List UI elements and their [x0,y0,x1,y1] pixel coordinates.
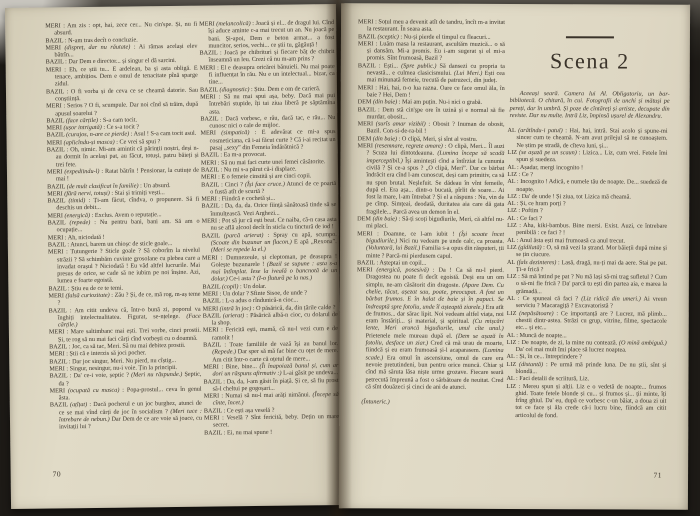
dialogue-line: MERI : Luăm masa la restaurant, ascultăm… [358,40,505,63]
dialogue-line: AL (fals dezinteres) : Lasă, dragă, nu-ț… [507,258,667,273]
dialogue-line: BAZIL : Ei, nu mai spune ! [204,428,339,437]
right-page: MERI : Soțul meu a devenit atît de tandr… [339,3,690,510]
left-page: MERI : Am zis : opt, hai, zece cer... Nu… [5,4,342,509]
dialogue-line: AL : Incognito ! Adică, e numele tău de … [507,178,667,193]
dialogue-line: MERI : Eh, ce știi tu... E ardelean, ba … [46,64,198,88]
dialogue-line: MERI (surîs amar vizibil) : Obosit ? Inu… [358,120,505,135]
dialogue-line: BAZIL : Cinci ? (Își face cruce.) Atunci… [201,180,336,196]
dialogue-line: BAZIL : Da, da, da. Orice ființă sănătoa… [201,201,336,217]
dialogue-line: BAZIL (arierat) : Păsărică albă-n cioc, … [203,311,338,327]
dialogue-line: MERI : Pot să jur că ești beat. Ce naiba… [202,216,337,232]
dialogue-line: MERI (energică, posesivă) : Da ! Ca să n… [356,266,504,391]
dialogue-line: MERI : Dumnezeule, și cleptoman, pe deas… [202,253,337,284]
scene-section: Scena 2 Aceeași seară. Camera lui Al. Ob… [506,28,672,440]
dialogue-line: BAZIL : Am citit undeva că, într-o bună … [49,305,201,329]
dialogue-line: MERI : Bine, bine... (Îi înapoiază banul… [203,362,338,378]
dialogue-line: MERI : Soțul meu a devenit atît de tandr… [358,18,505,33]
dialogue-line: MERI : Numai să nu-l mai arăți nimănui. … [204,391,339,407]
dialogue-line: LIZ : Aha, kiki-bambus. Bine mersi. Exis… [507,222,667,237]
dialogue-line: BAZIL : Toate familiile de vază își au b… [203,340,338,364]
dialogue-line: AL : Ce spuneai că faci ? (Liz ridică di… [507,295,667,310]
dialogue-line: BAZIL (parcă arierat) : Spray cu apă, sc… [202,231,337,255]
dialogue-line: LIZ (se așază pe un scaun) : Lizica... L… [507,149,667,164]
left-page-column-2: MERI (melancolică) : Joacă și el... de d… [199,19,339,467]
dialogue-line: MERI : Fericită ești, mamă, că nu-l vezi… [203,325,338,341]
page-number-right: 71 [654,471,663,480]
dialogue-line: LIZ (gîdilată) : O, să mă vezi la ștrand… [507,244,667,259]
page-number-left: 70 [53,469,62,478]
dialogue-line: LIZ : Să mă întind pe pat ? Nu mă lași s… [507,273,667,296]
dialogue-line: MERI : El e deasupra oricărei bănuieli. … [200,63,335,87]
dialogue-line: LIZ (nepăsătoare) : Ce importanță are ? … [507,310,667,333]
dialogue-line: BAZIL (ațîțat) : Dacă pocherul e un joc … [50,400,202,431]
dialogue-line: LIZ : Mereu spun și alții. Liz e o vedet… [506,383,666,420]
dialogue-line: MERI (melancolică) : Joacă și el... de d… [199,19,334,50]
dialogue-line: LIZ : De noapte, de zi, la mine nu conte… [507,339,667,354]
dialogue-line: DEM (din baie) : Mai am puțin. Nu-i nici… [358,99,505,107]
dialogue-line: BAZIL : Joacă pe chibrituri și fiecare b… [199,48,334,64]
dialogue-line: AL : Faci detalii de scriitură, Liz. [506,375,666,383]
book-photo: MERI : Am zis : opt, hai, zece cer... Nu… [0,0,700,516]
dialogue-line: LIZ (distantă) : Pe urmă mă prinde luna.… [506,361,666,376]
scene-rule [566,36,614,38]
dialogue-line: BAZIL : Oh, nimic. Mi-am amintit că pări… [47,145,199,169]
dialogue-line: MERI : Să nu mai spui așa, beby. Dacă ma… [200,92,335,116]
right-page-column-2: AL (arătîndu-i patul) : Hai, hai, intră.… [506,127,667,440]
left-page-column-1: MERI : Am zis : opt, hai, zece cer... Nu… [45,21,202,469]
dialogue-line: BAZIL : Ești... (Spre public.) Să dansez… [358,62,505,85]
right-page-column-1: MERI : Soțul meu a devenit atît de tandr… [356,18,505,479]
dialogue-line: BAZIL : Dacă vorbesc, e rău, dacă tac, e… [200,114,335,130]
dialogue-line: MERI (resemnare, regrete amare) : O clip… [357,142,504,216]
dialogue-line: MERI : Doamne, ce l-am iubit ! (Își scoa… [357,230,504,260]
dialogue-line: BAZIL : Dem stă cin'șpe ore în uzină și … [358,106,505,121]
scene-intro: Aceeași seară. Camera lui Al. Obligatori… [510,90,670,120]
dialogue-line: (Întuneric.) [356,398,503,406]
dialogue-line: MERI : Veselă ? Sînt fericită, beby. Deț… [204,413,339,429]
scene-heading: Scena 2 [508,48,672,75]
dialogue-line: MERI (simpatică) : E adevărat ce mi-a sp… [200,128,335,152]
dialogue-line: DEM (din baie) : Să-ți scoți bigudiurile… [357,215,504,230]
dialogue-line: MERI : Hai, hai, n-o lua razna. Oare ce … [358,84,505,99]
dialogue-line: MERI : Tutungerie ? Sticle goale ? Să co… [48,247,200,285]
dialogue-line: AL (arătîndu-i patul) : Hai, hai, intră.… [507,127,667,150]
